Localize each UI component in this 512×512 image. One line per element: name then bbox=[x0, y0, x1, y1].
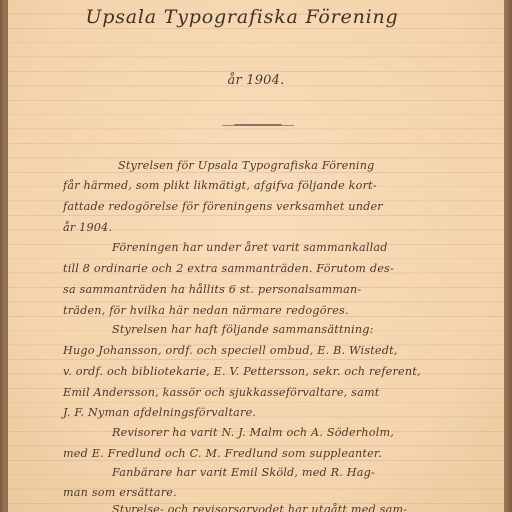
board-line-3: v. ordf. och bibliotekarie, E. V. Petter… bbox=[63, 366, 421, 377]
intro-line-4: år 1904. bbox=[63, 222, 112, 233]
board-line-4: Emil Andersson, kassör och sjukkasseförv… bbox=[63, 387, 379, 398]
intro-line-2: får härmed, som plikt likmätigt, afgifva… bbox=[63, 180, 377, 191]
board-line-5: J. F. Nyman afdelningsförvaltare. bbox=[63, 407, 256, 418]
year-heading: år 1904. bbox=[8, 73, 504, 88]
binder-edge-left bbox=[0, 0, 8, 512]
fees-line-1: Styrelse- och revisorsarvodet har utgått… bbox=[112, 504, 407, 512]
standard-bearer-line-2: man som ersättare. bbox=[63, 487, 177, 498]
section-divider bbox=[234, 124, 282, 126]
intro-line-3: fattade redogörelse för föreningens verk… bbox=[63, 201, 383, 212]
document-title: Upsala Typografiska Förening bbox=[8, 6, 490, 28]
intro-line-1: Styrelsen för Upsala Typografiska Föreni… bbox=[118, 160, 374, 171]
board-line-1: Styrelsen har haft följande sammansättni… bbox=[112, 324, 374, 335]
binder-edge-right bbox=[504, 0, 512, 512]
auditors-line-2: med E. Fredlund och C. M. Fredlund som s… bbox=[63, 448, 382, 459]
meetings-line-1: Föreningen har under året varit sammanka… bbox=[112, 242, 388, 253]
meetings-line-3: sa sammanträden ha hållits 6 st. persona… bbox=[63, 284, 361, 295]
auditors-line-1: Revisorer ha varit N. J. Malm och A. Söd… bbox=[112, 427, 394, 438]
board-line-2: Hugo Johansson, ordf. och speciell ombud… bbox=[63, 345, 398, 356]
manuscript-page: Upsala Typografiska Förening år 1904. St… bbox=[8, 0, 504, 512]
meetings-line-4: träden, för hvilka här nedan närmare red… bbox=[63, 305, 349, 316]
standard-bearer-line-1: Fanbärare har varit Emil Sköld, med R. H… bbox=[112, 467, 375, 478]
meetings-line-2: till 8 ordinarie och 2 extra sammanträde… bbox=[63, 263, 394, 274]
